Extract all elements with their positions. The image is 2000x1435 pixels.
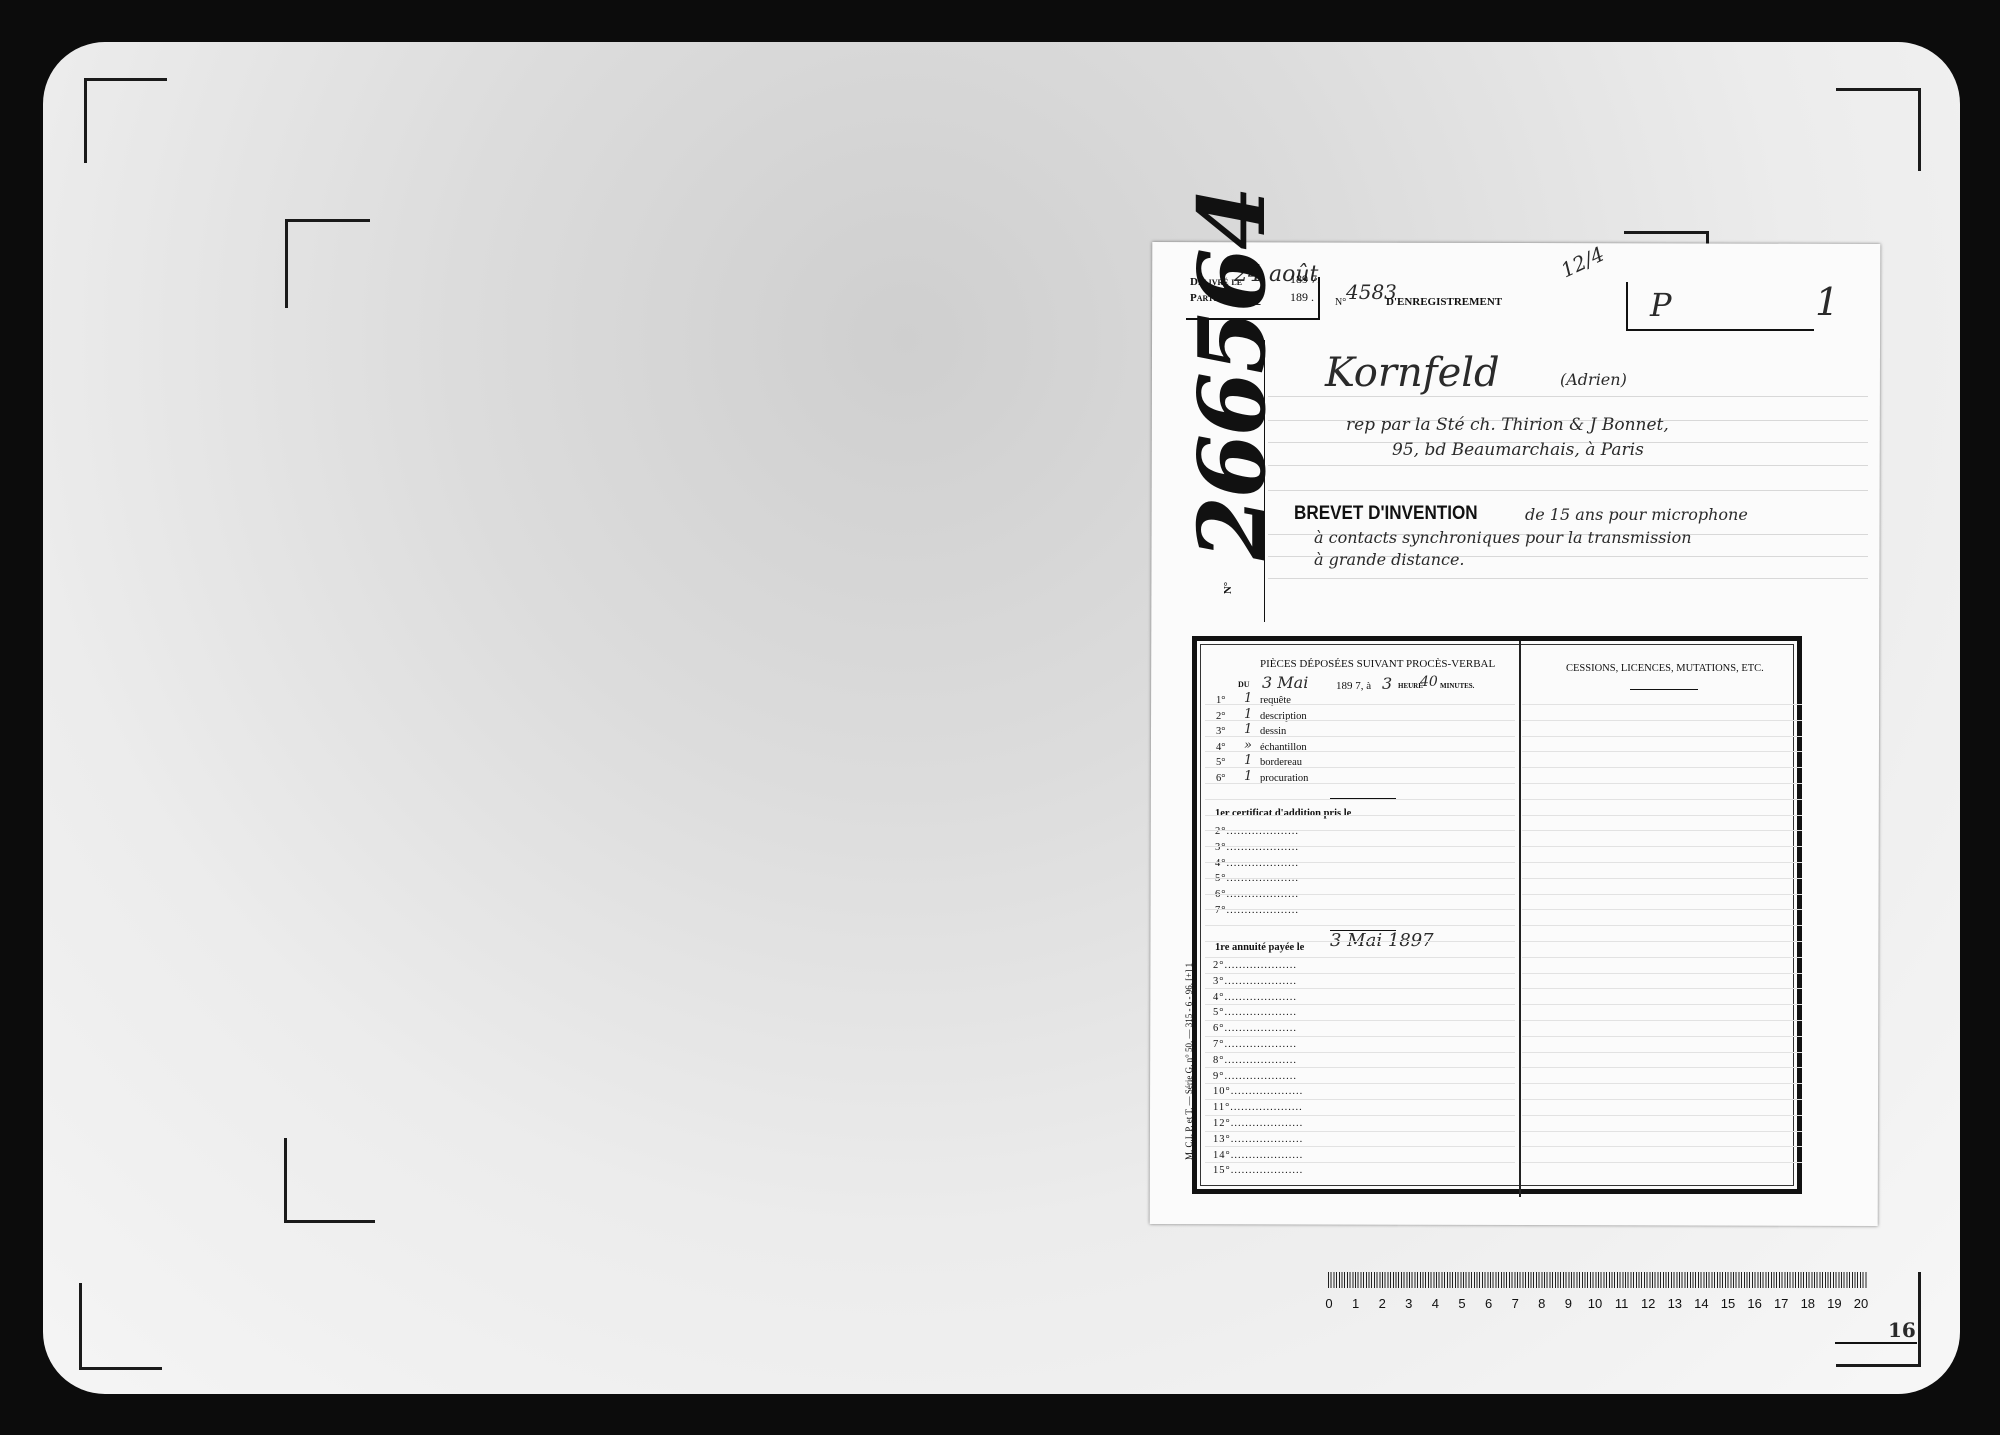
corner-mark-inner-tl: [285, 219, 370, 308]
ruled-line-right: [1522, 925, 1802, 926]
ruled-line-left: [1205, 1131, 1515, 1132]
ruled-line-right: [1522, 941, 1802, 942]
title-line-2: à contacts synchroniques pour la transmi…: [1314, 528, 1692, 547]
corner-mark-inner-bl: [284, 1138, 375, 1223]
certificat-row: 2°....................: [1215, 826, 1299, 837]
pv-hour: 3: [1382, 674, 1392, 693]
ruled-line-left: [1205, 1036, 1515, 1037]
ruled-line-right: [1522, 830, 1802, 831]
ruler-scale: [1328, 1272, 1868, 1288]
ruled-line-right: [1522, 1036, 1802, 1037]
ruled-line-right: [1522, 973, 1802, 974]
ruler-tick-label: 11: [1615, 1296, 1629, 1311]
ruled-line-right: [1522, 846, 1802, 847]
annuite-row: 10°....................: [1213, 1086, 1303, 1097]
pv-year: 189 7, à: [1336, 680, 1371, 692]
ruler-tick-label: 17: [1774, 1296, 1788, 1311]
ruled-line-left: [1205, 1146, 1515, 1147]
representative-line-2: 95, bd Beaumarchais, à Paris: [1392, 440, 1644, 460]
pv-minutes: 40: [1420, 674, 1438, 690]
applicant-first-name: (Adrien): [1560, 370, 1627, 389]
enregistrement-label: D'ENREGISTREMENT: [1386, 296, 1502, 308]
ruled-line-right: [1522, 704, 1802, 705]
parti-year: 189 .: [1290, 290, 1314, 305]
ruled-line-left: [1205, 720, 1515, 721]
annuite-row: 11°....................: [1213, 1102, 1303, 1113]
ruled-line-left: [1205, 736, 1515, 737]
ruled-line-right: [1522, 783, 1802, 784]
corner-mark-outer-tr: [1836, 88, 1921, 171]
ruled-line-right: [1522, 815, 1802, 816]
ruler-tick-label: 3: [1405, 1296, 1412, 1311]
piece-count: 1: [1244, 753, 1252, 768]
ruled-line-right: [1522, 720, 1802, 721]
ruled-line-left: [1205, 799, 1515, 800]
ruled-line-right: [1522, 1162, 1802, 1163]
annuite-row: 15°....................: [1213, 1165, 1303, 1176]
ruled-line-right: [1522, 1083, 1802, 1084]
certificat-row: 3°....................: [1215, 842, 1299, 853]
annuite-row: 13°....................: [1213, 1134, 1303, 1145]
annuite-row: 8°....................: [1213, 1055, 1297, 1066]
ruled-line-left: [1205, 783, 1515, 784]
annuite-row: 6°....................: [1213, 1023, 1297, 1034]
ruled-line-right: [1522, 1020, 1802, 1021]
annuite-row: 9°....................: [1213, 1071, 1297, 1082]
certificat-first-label: 1er certificat d'addition pris le: [1215, 808, 1351, 819]
ruler-tick-label: 5: [1458, 1296, 1465, 1311]
ruler-tick-label: 8: [1538, 1296, 1545, 1311]
ruled-line-right: [1522, 736, 1802, 737]
ruled-line-right: [1522, 799, 1802, 800]
certificat-row: 6°....................: [1215, 889, 1299, 900]
ruled-line-left: [1205, 751, 1515, 752]
ruled-line-right: [1522, 862, 1802, 863]
annuite-row: 7°....................: [1213, 1039, 1297, 1050]
ruled-line-right: [1522, 1131, 1802, 1132]
ruled-line-left: [1205, 894, 1515, 895]
du-label: DU: [1238, 680, 1250, 689]
ruled-line-left: [1205, 988, 1515, 989]
ruler-tick-label: 14: [1694, 1296, 1708, 1311]
applicant-name: Kornfeld: [1325, 350, 1500, 396]
ruled-line-left: [1205, 1083, 1515, 1084]
ruled-line-right: [1522, 767, 1802, 768]
pieces-heading: PIÈCES DÉPOSÉES SUIVANT PROCÈS-VERBAL: [1260, 658, 1495, 670]
ruled-line-right: [1522, 1052, 1802, 1053]
ruler-tick-label: 6: [1485, 1296, 1492, 1311]
ruler-tick-label: 2: [1379, 1296, 1386, 1311]
ruled-line-left: [1205, 1162, 1515, 1163]
ruler-tick-label: 0: [1325, 1296, 1332, 1311]
enregistrement-prefix: N°: [1335, 297, 1346, 308]
ruled-line-left: [1205, 1052, 1515, 1053]
ruled-line-left: [1205, 1004, 1515, 1005]
delivre-year: 189 7.: [1290, 272, 1320, 287]
annuite-row: 14°....................: [1213, 1150, 1303, 1161]
ruled-line-right: [1522, 1099, 1802, 1100]
certificat-row: 7°....................: [1215, 905, 1299, 916]
annuite-row: 4°....................: [1213, 992, 1297, 1003]
ruled-line-left: [1205, 941, 1515, 942]
ruled-line-left: [1205, 1020, 1515, 1021]
column-divider: [1519, 641, 1521, 1197]
ruler-tick-label: 20: [1854, 1296, 1868, 1311]
patent-number-prefix: N°: [1222, 582, 1234, 594]
measurement-ruler: 01234567891011121314151617181920: [1328, 1272, 1868, 1320]
ruler-tick-label: 4: [1432, 1296, 1439, 1311]
annuite-first-label: 1re annuité payée le: [1215, 942, 1304, 953]
sheet-number: 16: [1888, 1318, 1916, 1342]
certificat-row: 5°....................: [1215, 873, 1299, 884]
title-line-3: à grande distance.: [1314, 550, 1465, 569]
ruled-line-right: [1522, 957, 1802, 958]
annuite-row: 5°....................: [1213, 1007, 1297, 1018]
representative-line-1: rep par la Sté ch. Thirion & J Bonnet,: [1346, 415, 1669, 435]
cessions-heading: CESSIONS, LICENCES, MUTATIONS, ETC.: [1566, 663, 1764, 674]
ruled-line-left: [1205, 1099, 1515, 1100]
ruled-line-left: [1205, 862, 1515, 863]
ruled-line-left: [1205, 878, 1515, 879]
annuite-row: 2°....................: [1213, 960, 1297, 971]
annuite-row: 3°....................: [1213, 976, 1297, 987]
ruled-line-left: [1205, 704, 1515, 705]
ruled-line-left: [1205, 846, 1515, 847]
patent-number: 266564: [1178, 188, 1286, 560]
ruler-tick-label: 9: [1565, 1296, 1572, 1311]
box-letter: P: [1650, 286, 1672, 324]
ruled-line-right: [1522, 1115, 1802, 1116]
pv-date: 3 Mai: [1262, 673, 1308, 692]
corner-mark-outer-tl: [84, 78, 167, 163]
ruler-tick-label: 7: [1512, 1296, 1519, 1311]
ruled-line-right: [1522, 1004, 1802, 1005]
ruler-tick-label: 18: [1801, 1296, 1815, 1311]
ruled-line-right: [1522, 1067, 1802, 1068]
ruled-line-left: [1205, 830, 1515, 831]
piece-count: 1: [1244, 769, 1252, 784]
ruled-line-right: [1522, 909, 1802, 910]
printer-mark: M. C.I. P. et T. — Série G. n° 50. — 315…: [1184, 963, 1194, 1160]
ruled-line-left: [1205, 1115, 1515, 1116]
ruler-tick-label: 15: [1721, 1296, 1735, 1311]
title-line-1: de 15 ans pour microphone: [1525, 505, 1748, 524]
ruled-line-right: [1522, 1146, 1802, 1147]
corner-mark-outer-bl: [79, 1283, 162, 1370]
ruler-tick-label: 13: [1668, 1296, 1682, 1311]
ruled-line-left: [1205, 957, 1515, 958]
ruled-line-left: [1205, 767, 1515, 768]
ruled-line-right: [1522, 894, 1802, 895]
annuite-row: 12°....................: [1213, 1118, 1303, 1129]
certificat-row: 4°....................: [1215, 858, 1299, 869]
ruled-line-left: [1205, 909, 1515, 910]
ruled-line-right: [1522, 988, 1802, 989]
minutes-label: MINUTES.: [1440, 682, 1474, 690]
ruled-line-left: [1205, 815, 1515, 816]
ruler-tick-label: 19: [1827, 1296, 1841, 1311]
ruler-tick-label: 16: [1747, 1296, 1761, 1311]
ruled-line-left: [1205, 973, 1515, 974]
ruler-tick-label: 12: [1641, 1296, 1655, 1311]
ruled-line-right: [1522, 878, 1802, 879]
ruled-line-left: [1205, 1067, 1515, 1068]
brevet-label: BREVET D'INVENTION: [1294, 503, 1478, 525]
ruled-line-right: [1522, 751, 1802, 752]
ruled-line-left: [1205, 925, 1515, 926]
ruler-tick-label: 1: [1352, 1296, 1359, 1311]
ruler-tick-label: 10: [1588, 1296, 1602, 1311]
box-number: 1: [1815, 280, 1839, 324]
